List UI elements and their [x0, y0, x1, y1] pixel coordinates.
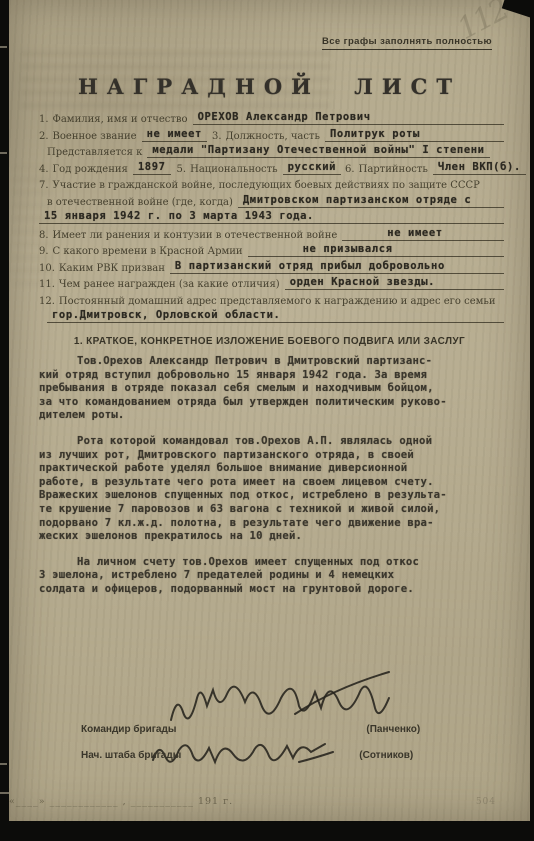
- scanned-award-document: { "page": { "fill_note": "Все графы запо…: [0, 0, 534, 841]
- section-heading: 1. КРАТКОЕ, КОНКРЕТНОЕ ИЗЛОЖЕНИЕ БОЕВОГО…: [9, 336, 530, 347]
- ruled-line: [285, 310, 504, 323]
- field-home-address-value: гор.Дмитровск, Орловской области.: [39, 307, 504, 323]
- field-label: Военное звание: [53, 131, 137, 142]
- field-number: 9.: [39, 246, 49, 257]
- field-recommended-award: Представляется к медали "Партизану Отече…: [39, 142, 504, 158]
- field-number: 1.: [39, 114, 49, 125]
- field-number: 5.: [177, 164, 187, 175]
- field-number: 8.: [39, 230, 49, 241]
- field-label: С какого времени в Красной Армии: [53, 246, 243, 257]
- date-line: «____» ____________ , ___________ 191 г.: [9, 796, 530, 807]
- field-drafted-by: 10. Каким РВК призван В партизанский отр…: [39, 258, 504, 274]
- field-value: медали "Партизану Отечественной войны" I…: [147, 144, 489, 158]
- field-home-address: 12. Постоянный домашний адрес представля…: [39, 291, 504, 307]
- field-label: в отечественной войне (где, когда): [47, 197, 233, 208]
- field-value: Член ВКП(б).: [433, 161, 526, 175]
- signature-role-label: Командир бригады: [81, 724, 176, 735]
- field-wounds: 8. Имеет ли ранения и контузии в отечест…: [39, 225, 504, 241]
- field-label: Каким РВК призван: [59, 263, 165, 274]
- field-value: ОРЕХОВ Александр Петрович: [193, 111, 376, 125]
- citation-text: Тов.Орехов Александр Петрович в Дмитровс…: [9, 347, 530, 597]
- citation-paragraph: На личном счету тов.Орехов имеет спущенн…: [39, 556, 504, 597]
- field-label: Год рождения: [53, 164, 128, 175]
- field-value: Политрук роты: [325, 128, 425, 142]
- field-number: 10.: [39, 263, 55, 274]
- citation-paragraph: Тов.Орехов Александр Петрович в Дмитровс…: [39, 355, 504, 423]
- ruled-line: [440, 277, 504, 290]
- citation-paragraph: Рота которой командовал тов.Орехов А.П. …: [39, 435, 504, 544]
- field-value: гор.Дмитровск, Орловской области.: [47, 309, 285, 323]
- field-label: Постоянный домашний адрес представляемог…: [59, 296, 496, 307]
- document-title: НАГРАДНОЙ ЛИСТ: [9, 74, 530, 99]
- field-label: Участие в гражданской войне, последующих…: [53, 180, 480, 191]
- field-previous-awards: 11. Чем ранее награжден (за какие отличи…: [39, 274, 504, 290]
- field-label: Должность, часть: [226, 131, 320, 142]
- field-birth-nationality-party: 4. Год рождения 1897 5. Национальность р…: [39, 159, 504, 175]
- ruled-line: [319, 211, 504, 224]
- field-number: 7.: [39, 180, 49, 191]
- scan-edge-tick: [0, 763, 7, 765]
- scan-edge-tick: [0, 152, 7, 154]
- field-value: 1897: [133, 161, 171, 175]
- commander-signature-row: Командир бригады (Панченко): [81, 724, 420, 735]
- field-value: 15 января 1942 г. по 3 марта 1943 года.: [39, 210, 319, 224]
- field-value: не имеет: [382, 227, 447, 241]
- field-label: Чем ранее награжден (за какие отличия): [59, 279, 280, 290]
- field-number: 11.: [39, 279, 55, 290]
- field-war-participation-where: в отечественной войне (где, когда) Дмитр…: [39, 192, 504, 208]
- field-value: В партизанский отряд прибыл добровольно: [170, 260, 450, 274]
- field-war-participation-dates: 15 января 1942 г. по 3 марта 1943 года.: [39, 208, 504, 224]
- field-number: 2.: [39, 131, 49, 142]
- ruled-line: [398, 244, 504, 257]
- field-label: Имеет ли ранения и контузии в отечествен…: [53, 230, 338, 241]
- field-value: не имеет: [142, 128, 207, 142]
- field-war-participation: 7. Участие в гражданской войне, последую…: [39, 175, 504, 191]
- field-label: Партийность: [359, 164, 428, 175]
- field-value: русский: [283, 161, 341, 175]
- form-fields: 1. Фамилия, имя и отчество ОРЕХОВ Алекса…: [9, 99, 530, 323]
- print-code: 504: [476, 797, 496, 807]
- signature-name: (Сотников): [359, 750, 413, 761]
- ruled-line: [425, 129, 504, 142]
- field-label: Представляется к: [47, 147, 142, 158]
- ruled-line: [376, 112, 504, 125]
- field-value: Дмитровском партизанском отряде с: [238, 194, 476, 208]
- ruled-line: [342, 228, 382, 241]
- field-number: 12.: [39, 296, 55, 307]
- chief-of-staff-signature-row: Нач. штаба бригады (Сотников): [81, 750, 413, 761]
- field-red-army-since: 9. С какого времени в Красной Армии не п…: [39, 241, 504, 257]
- signature-block: Командир бригады (Панченко) Нач. штаба б…: [49, 686, 504, 781]
- ruled-line: [248, 244, 298, 257]
- field-label: Национальность: [190, 164, 278, 175]
- scan-edge-tick: [0, 46, 7, 48]
- field-number: 6.: [345, 164, 355, 175]
- field-number: 4.: [39, 164, 49, 175]
- field-label: Фамилия, имя и отчество: [53, 114, 188, 125]
- document-page: Все графы заполнять полностью 112 НАГРАД…: [9, 0, 530, 821]
- ruled-line: [450, 261, 504, 274]
- field-rank-and-position: 2. Военное звание не имеет 3. Должность,…: [39, 126, 504, 142]
- ruled-line: [476, 195, 504, 208]
- signature-name: (Панченко): [366, 724, 420, 735]
- signature-role-label: Нач. штаба бригады: [81, 750, 181, 761]
- field-value: не призывался: [298, 243, 398, 257]
- field-number: 3.: [212, 131, 222, 142]
- field-value: орден Красной звезды.: [285, 276, 440, 290]
- field-full-name: 1. Фамилия, имя и отчество ОРЕХОВ Алекса…: [39, 109, 504, 125]
- ruled-line: [448, 228, 504, 241]
